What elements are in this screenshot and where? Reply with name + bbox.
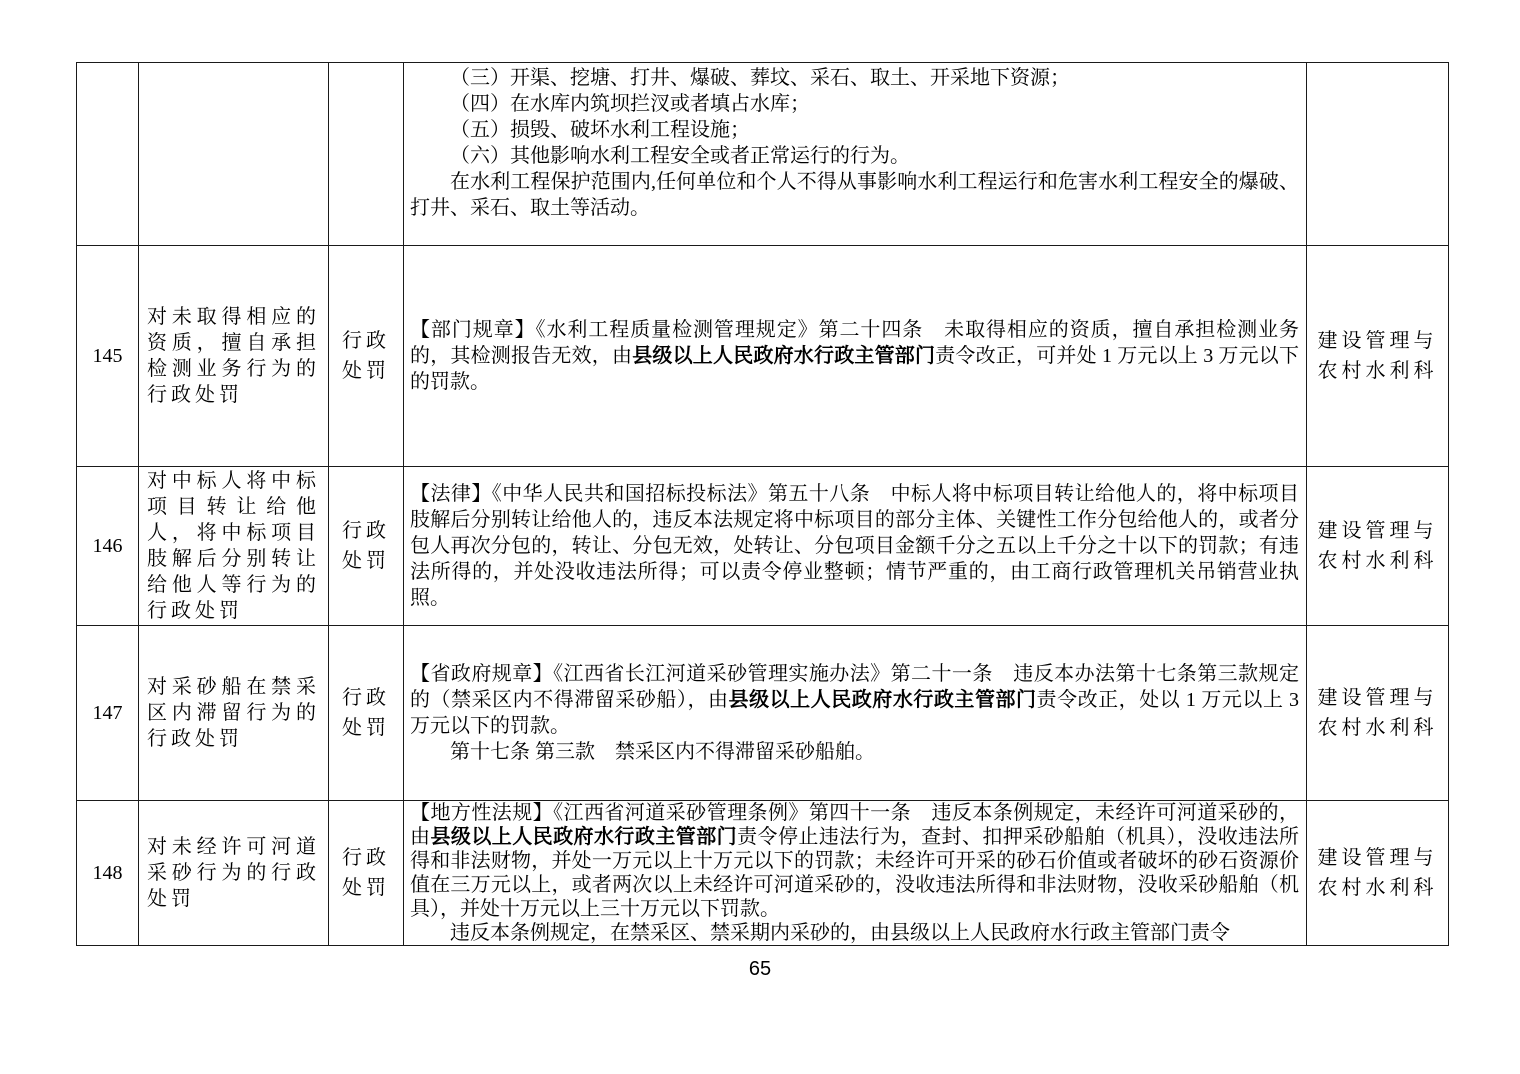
table-row: 145 对未取得相应的资质，擅自承担检测业务行为的行政处罚 行政处罚 【部门规章… [77,246,1449,467]
table-row: 146 对中标人将中标项目转让给他人，将中标项目肢解后分别转让给他人等行为的行政… [77,467,1449,626]
row-number: 145 [77,246,139,467]
row-legal-basis: （三）开渠、挖塘、打井、爆破、葬坟、采石、取土、开采地下资源；（四）在水库内筑坝… [404,63,1307,246]
row-legal-basis: 【部门规章】《水利工程质量检测管理规定》第二十四条 未取得相应的资质，擅自承担检… [404,246,1307,467]
row-item: 对中标人将中标项目转让给他人，将中标项目肢解后分别转让给他人等行为的行政处罚 [139,467,329,626]
row-item: 对未经许可河道采砂行为的行政处罚 [139,801,329,946]
row-number [77,63,139,246]
row-penalty-type: 行政处罚 [329,467,404,626]
row-number: 146 [77,467,139,626]
row-legal-basis: 【省政府规章】《江西省长江河道采砂管理实施办法》第二十一条 违反本办法第十七条第… [404,626,1307,801]
row-number: 148 [77,801,139,946]
page-number: 65 [0,958,1520,981]
row-number: 147 [77,626,139,801]
row-penalty-type [329,63,404,246]
row-penalty-type: 行政处罚 [329,626,404,801]
row-department [1307,63,1449,246]
table-row: 147 对采砂船在禁采区内滞留行为的行政处罚 行政处罚 【省政府规章】《江西省长… [77,626,1449,801]
document-page: （三）开渠、挖塘、打井、爆破、葬坟、采石、取土、开采地下资源；（四）在水库内筑坝… [0,0,1520,1074]
row-department: 建设管理与农村水利科 [1307,246,1449,467]
table-row: 148 对未经许可河道采砂行为的行政处罚 行政处罚 【地方性法规】《江西省河道采… [77,801,1449,946]
row-item [139,63,329,246]
table-row: （三）开渠、挖塘、打井、爆破、葬坟、采石、取土、开采地下资源；（四）在水库内筑坝… [77,63,1449,246]
row-item: 对采砂船在禁采区内滞留行为的行政处罚 [139,626,329,801]
row-penalty-type: 行政处罚 [329,801,404,946]
row-department: 建设管理与农村水利科 [1307,801,1449,946]
row-penalty-type: 行政处罚 [329,246,404,467]
row-department: 建设管理与农村水利科 [1307,467,1449,626]
penalty-table: （三）开渠、挖塘、打井、爆破、葬坟、采石、取土、开采地下资源；（四）在水库内筑坝… [76,62,1449,946]
row-department: 建设管理与农村水利科 [1307,626,1449,801]
row-item: 对未取得相应的资质，擅自承担检测业务行为的行政处罚 [139,246,329,467]
row-legal-basis: 【法律】《中华人民共和国招标投标法》第五十八条 中标人将中标项目转让给他人的，将… [404,467,1307,626]
row-legal-basis: 【地方性法规】《江西省河道采砂管理条例》第四十一条 违反本条例规定，未经许可河道… [404,801,1307,946]
